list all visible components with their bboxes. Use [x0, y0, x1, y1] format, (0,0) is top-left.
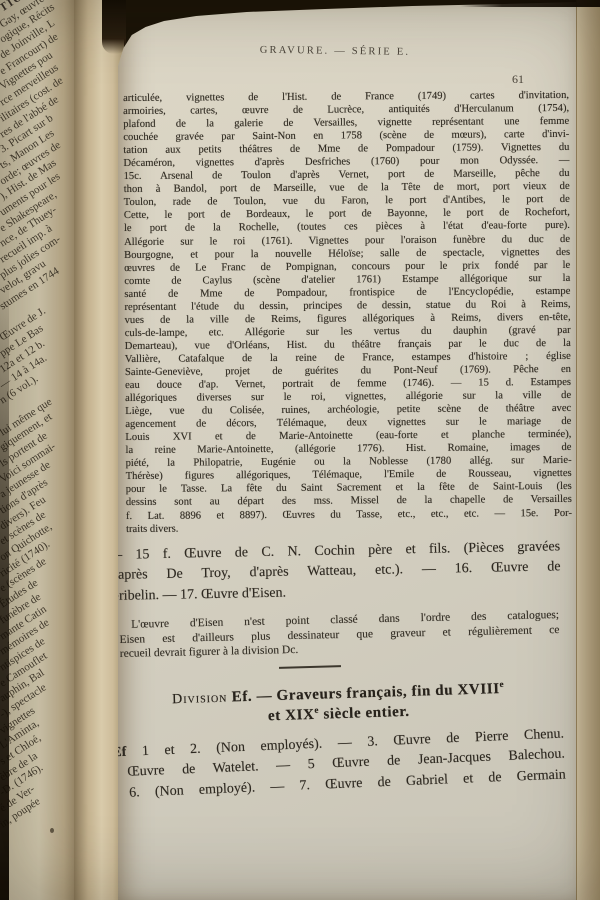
- book-gutter: [74, 0, 124, 900]
- page-number: 61: [512, 72, 524, 87]
- division-heading: Division Ef. — Graveurs français, fin du…: [118, 678, 559, 731]
- division-title-part2: et XIX: [268, 706, 315, 723]
- left-page-edge: TIONALE.Gay, œuvres deogique, Récitsde J…: [0, 0, 78, 900]
- gutter-shadow: [102, 0, 126, 54]
- book-photo: TIONALE.Gay, œuvres deogique, Récitsde J…: [0, 0, 600, 900]
- left-page-text: TIONALE.Gay, œuvres deogique, Récitsde J…: [2, 2, 78, 833]
- paper-spot: [50, 828, 54, 833]
- main-paragraph: articulée, vignettes de l'Hist. de Franc…: [123, 89, 572, 536]
- eisen-note-paragraph: L'œuvre d'Eisen n'est point classé dans …: [119, 608, 560, 662]
- section-divider: [279, 665, 341, 669]
- top-shadow-edge: [460, 0, 600, 7]
- page-block-edge: [576, 0, 600, 900]
- ef-entries-paragraph: Ef 1 et 2. (Non employés). — 3. Œuvre de…: [98, 724, 566, 805]
- division-label: Division: [172, 691, 228, 708]
- running-header: GRAVURE. — SÉRIE E.: [105, 43, 565, 60]
- century-superscript-1: e: [499, 679, 504, 689]
- right-page: GRAVURE. — SÉRIE E. 61 articulée, vignet…: [118, 0, 578, 900]
- division-title-part3: siècle entier.: [319, 703, 410, 722]
- oeuvre-cochin-paragraph: — 15 f. Œuvre de C. N. Cochin père et fi…: [108, 537, 561, 607]
- left-shadow-edge: [0, 0, 9, 900]
